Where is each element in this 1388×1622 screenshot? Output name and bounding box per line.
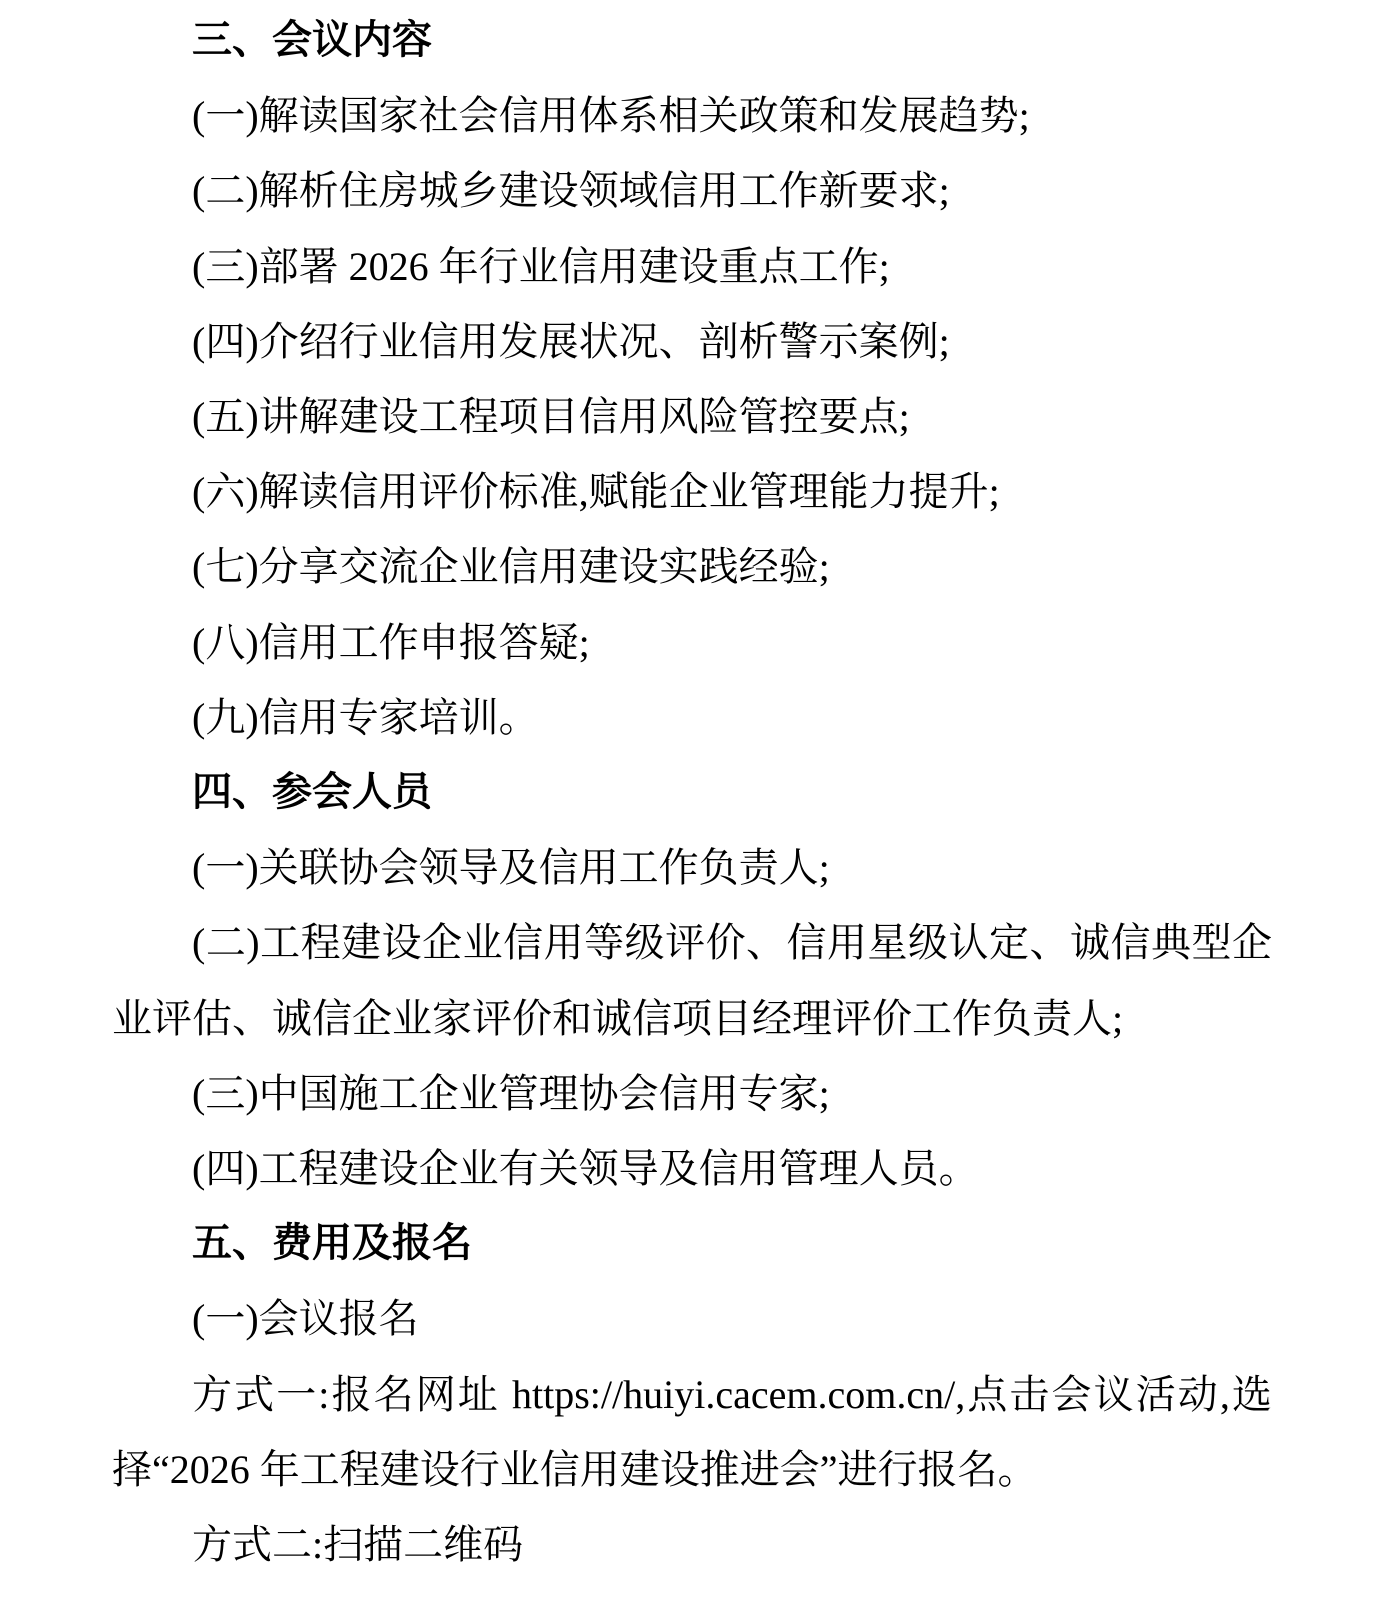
list-item: (六)解读信用评价标准,赋能企业管理能力提升;: [112, 454, 1272, 529]
list-item-meeting-registration: (一)会议报名: [112, 1281, 1272, 1356]
list-item: (四)工程建设企业有关领导及信用管理人员。: [112, 1131, 1272, 1206]
list-item: (三)中国施工企业管理协会信用专家;: [112, 1056, 1272, 1131]
section-heading-fees-registration: 五、费用及报名: [112, 1206, 1272, 1281]
registration-method-1-prefix: 方式一:报名网址: [192, 1372, 512, 1417]
document-page: 三、会议内容 (一)解读国家社会信用体系相关政策和发展趋势; (二)解析住房城乡…: [0, 0, 1388, 1622]
registration-url[interactable]: https://huiyi.cacem.com.cn/: [512, 1372, 955, 1417]
list-item: (九)信用专家培训。: [112, 680, 1272, 755]
list-item: (八)信用工作申报答疑;: [112, 605, 1272, 680]
section-heading-attendees: 四、参会人员: [112, 755, 1272, 830]
list-item: (一)关联协会领导及信用工作负责人;: [112, 830, 1272, 905]
list-item: (二)工程建设企业信用等级评价、信用星级认定、诚信典型企业评估、诚信企业家评价和…: [112, 905, 1272, 1055]
registration-method-2: 方式二:扫描二维码: [112, 1507, 1272, 1582]
list-item: (一)解读国家社会信用体系相关政策和发展趋势;: [112, 78, 1272, 153]
list-item: (五)讲解建设工程项目信用风险管控要点;: [112, 379, 1272, 454]
list-item: (三)部署 2026 年行业信用建设重点工作;: [112, 229, 1272, 304]
list-item: (四)介绍行业信用发展状况、剖析警示案例;: [112, 304, 1272, 379]
list-item: (二)解析住房城乡建设领域信用工作新要求;: [112, 153, 1272, 228]
registration-method-1: 方式一:报名网址 https://huiyi.cacem.com.cn/,点击会…: [112, 1357, 1272, 1507]
section-heading-meeting-content: 三、会议内容: [112, 3, 1272, 78]
list-item: (七)分享交流企业信用建设实践经验;: [112, 529, 1272, 604]
